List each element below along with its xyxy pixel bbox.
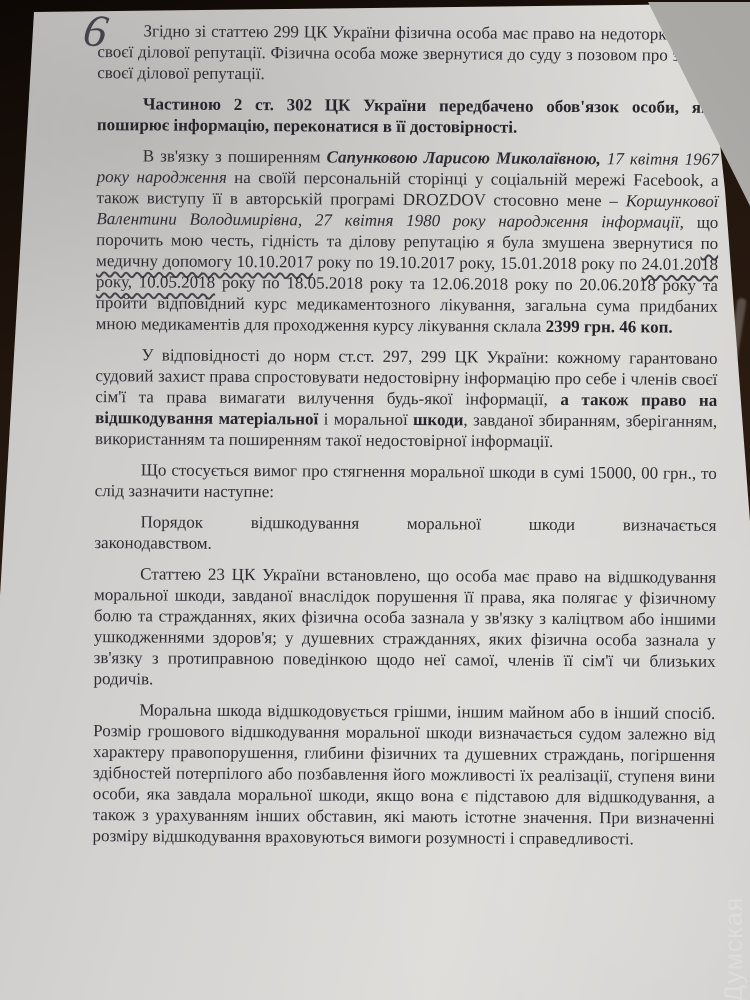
text-run: Частиною 2 ст. 302 ЦК України передбачен… <box>97 94 719 136</box>
text-run: В зв'язку з поширенням <box>143 146 327 166</box>
text-run: 2399 грн. 46 коп. <box>546 317 673 337</box>
paragraph: Що стосується вимог про стягнення мораль… <box>95 459 717 505</box>
watermark-dumskaya: Думская <box>720 902 749 1000</box>
text-run: Статтею 23 ЦК України встановлено, що ос… <box>93 564 716 688</box>
text-run: Моральна шкода відшкодовується грішми, і… <box>93 700 716 848</box>
paragraph: Згідно зі статтею 299 ЦК України фізична… <box>97 20 719 87</box>
paragraph: Порядок відшкодування моральної шкоди ви… <box>94 511 716 557</box>
text-run: Що стосується вимог про стягнення мораль… <box>95 460 717 501</box>
text-run: законодавством. <box>94 533 212 553</box>
paragraph: В зв'язку з поширенням Сапунковою Ларисо… <box>96 145 719 338</box>
text-run: Згідно зі статтею 299 ЦК України фізична… <box>97 21 719 83</box>
paragraph: Частиною 2 ст. 302 ЦК України передбачен… <box>97 93 719 139</box>
paragraph: Статтею 23 ЦК України встановлено, що ос… <box>93 563 716 693</box>
text-run: Сапунковою Ларисою Миколаївною, <box>327 148 607 169</box>
document-body: Згідно зі статтею 299 ЦК України фізична… <box>92 20 719 860</box>
text-run: і моральної <box>318 409 413 429</box>
text-run: року по 19.10.2017 року, 15.01.2018 року… <box>313 252 642 273</box>
screenshot-root: 6 Згідно зі статтею 299 ЦК України фізич… <box>0 0 750 1000</box>
paragraph: У відповідності до норм ст.ст. 297, 299 … <box>95 344 718 453</box>
text-run: шкоди <box>413 410 463 429</box>
text-run: Порядок відшкодування моральної шкоди ви… <box>140 512 716 535</box>
paragraph: Моральна шкода відшкодовується грішми, і… <box>93 699 716 850</box>
